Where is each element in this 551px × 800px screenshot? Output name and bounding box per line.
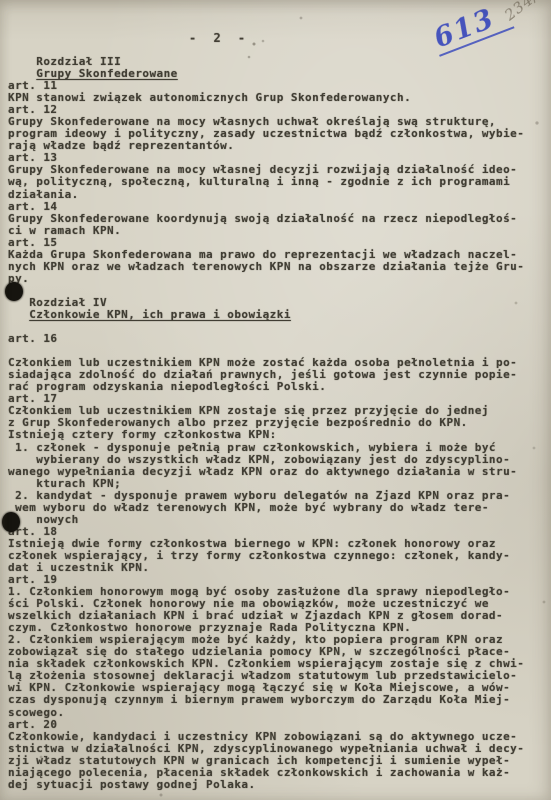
ink-blot-top (5, 282, 23, 301)
document-line: zji władz statutowych KPN w granicach ic… (8, 755, 524, 767)
document-line: stnictwa w działalności KPN, zdyscyplino… (8, 743, 524, 755)
document-line: rają władze bądź reprezentantów. (8, 140, 524, 152)
document-line: art. 15 (8, 237, 524, 249)
document-line: kturach KPN; (8, 478, 524, 490)
paper-specks (0, 0, 2, 2)
scanned-document-page: - 2 - 234/ 613 Rozdział III Grupy Skonfe… (0, 0, 551, 800)
document-line: art. 20 (8, 719, 524, 731)
document-line: wanego wypełniania decyzji władz KPN ora… (8, 466, 524, 478)
ink-blot-bottom (2, 512, 20, 532)
document-line: ci w ramach KPN. (8, 225, 524, 237)
document-line: nych KPN oraz we władzach terenowych KPN… (8, 261, 524, 273)
document-line: działania. (8, 189, 524, 201)
underlined-heading: Członkowie KPN, ich prawa i obowiązki (29, 308, 291, 321)
document-line: py. (8, 273, 524, 285)
document-line: wem wyboru do władz terenowych KPN, może… (8, 502, 524, 514)
document-line: dat i uczestnik KPN. (8, 562, 524, 574)
document-line: czas dysponują czynnym i biernym prawem … (8, 694, 524, 706)
document-line: nowych (8, 514, 524, 526)
document-line: Członkowie, kandydaci i uczestnicy KPN z… (8, 731, 524, 743)
underlined-heading: Grupy Skonfederowane (36, 67, 177, 80)
document-line (8, 321, 524, 333)
document-line: niającego polecenia, płacenia składek cz… (8, 767, 524, 779)
document-line: KPN stanowi związek autonomicznych Grup … (8, 92, 524, 104)
document-line: wybierany do wszystkich władz KPN, zobow… (8, 454, 524, 466)
document-line: rać program odzyskania niepodległości Po… (8, 381, 524, 393)
handwritten-ink-number: 613 (428, 0, 515, 57)
document-line: 1. członek - dysponuje pełnią praw człon… (8, 442, 524, 454)
document-line: Grupy Skonfederowane koordynują swoją dz… (8, 213, 524, 225)
page-number: - 2 - (189, 31, 250, 45)
document-line: Członkowie KPN, ich prawa i obowiązki (8, 309, 524, 321)
document-lines: Rozdział III Grupy Skonfederowaneart. 11… (8, 56, 524, 791)
document-line: dej sytuacji postawy godnej Polaka. (8, 779, 524, 791)
document-line: 2. kandydat - dysponuje prawem wyboru de… (8, 490, 524, 502)
document-line: Istnieją cztery formy członkostwa KPN: (8, 429, 524, 441)
document-line: Każda Grupa Skonfederowana ma prawo do r… (8, 249, 524, 261)
document-line: Grupy Skonfederowane (8, 68, 524, 80)
document-line: art. 16 (8, 333, 524, 345)
document-line: wą, polityczną, społeczną, kulturalną i … (8, 176, 524, 188)
document-line: art. 14 (8, 201, 524, 213)
document-line: scowego. (8, 707, 524, 719)
